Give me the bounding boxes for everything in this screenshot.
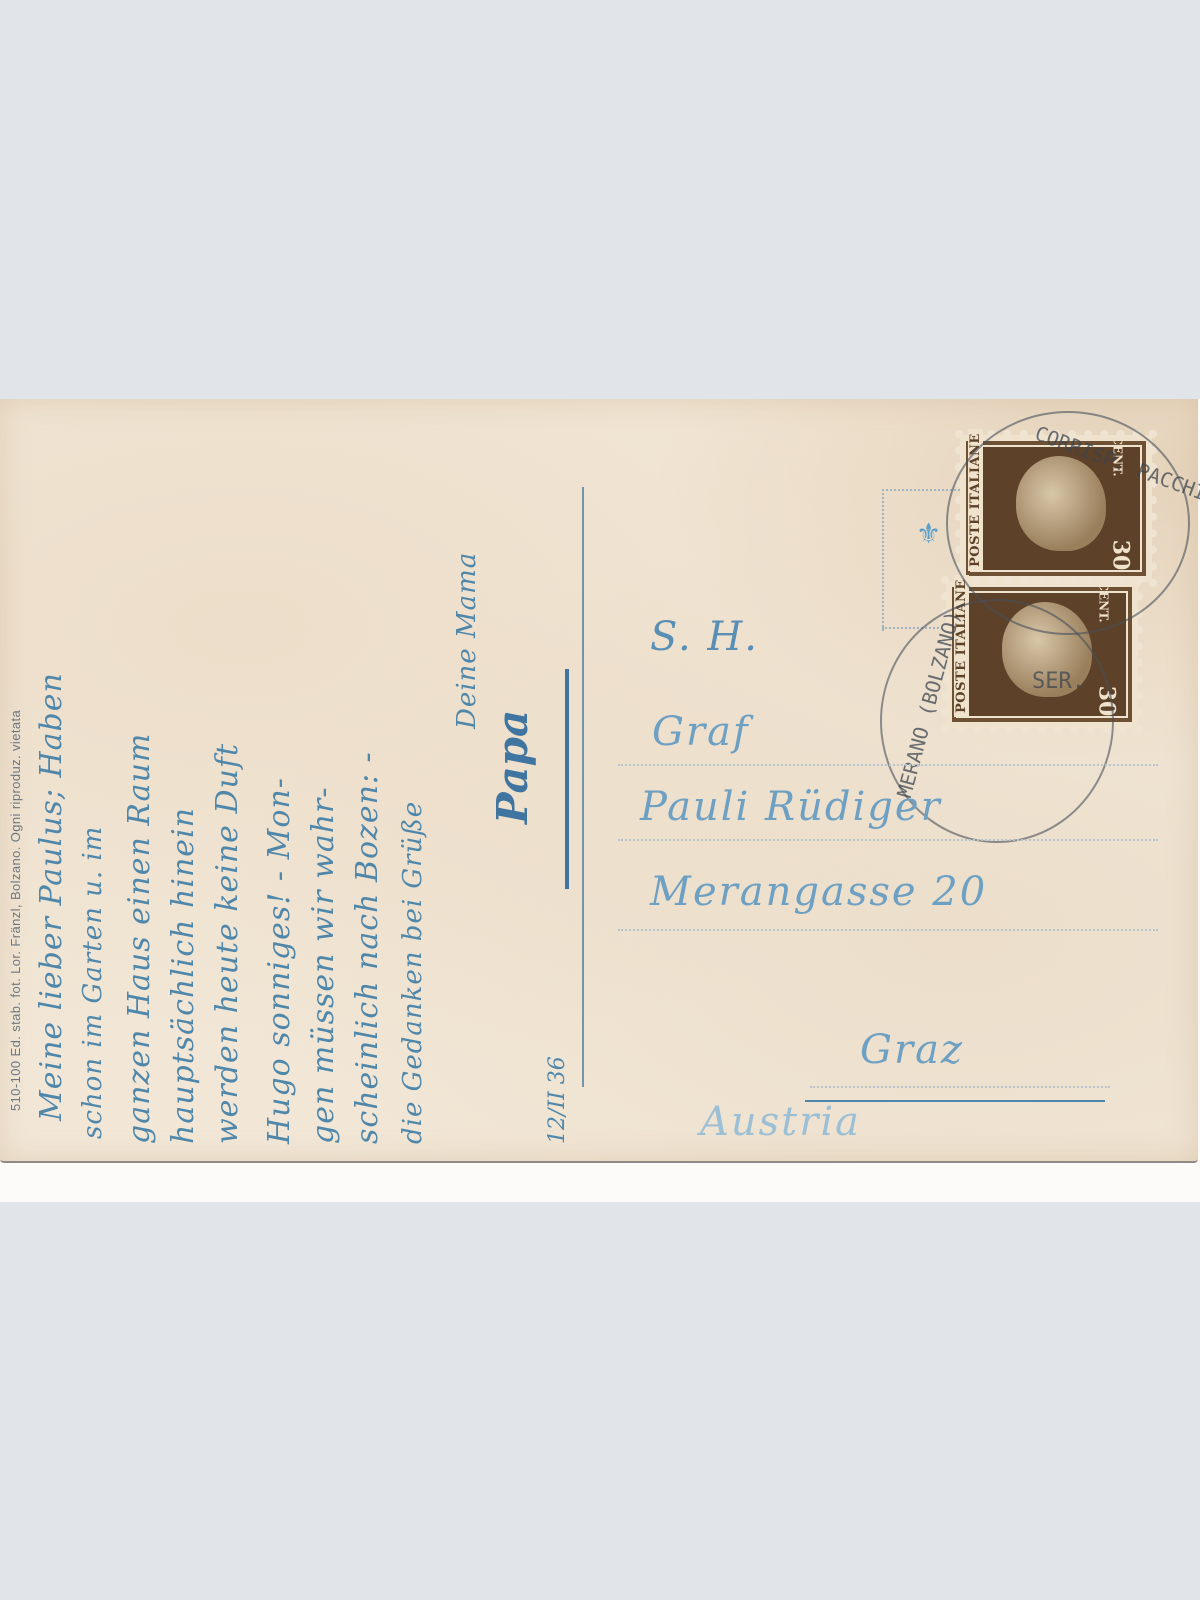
address-country: Austria — [700, 1099, 861, 1145]
address-name: Pauli Rüdiger — [640, 784, 942, 830]
publisher-logo-icon: ⚜ — [916, 517, 941, 550]
signature-underline — [565, 669, 569, 889]
message-line: werden heute keine Duft — [210, 743, 245, 1144]
message-line: ganzen Haus einen Raum — [122, 733, 157, 1144]
address-street: Merangasse 20 — [650, 869, 987, 915]
address-city: Graz — [860, 1027, 964, 1073]
signature: Papa — [488, 710, 537, 824]
postmark-date-text: SER. — [1032, 669, 1085, 694]
address-line — [618, 929, 1158, 931]
message-line: scheinlich nach Bozen: - — [350, 751, 385, 1144]
message-line: hauptsächlich hinein — [166, 807, 201, 1144]
address-title: Graf — [652, 709, 750, 755]
address-line — [810, 1086, 1110, 1088]
message-line: Meine lieber Paulus; Haben — [34, 672, 69, 1121]
message-line: Hugo sonniges! - Mon- — [262, 777, 297, 1144]
message-line: gen müssen wir wahr- — [306, 787, 341, 1145]
publisher-imprint: 510-100 Ed. stab. fot. Lor. Fränzl, Bolz… — [8, 710, 23, 1111]
address-salutation: S. H. — [650, 614, 759, 660]
message-line: die Gedanken bei Grüße — [398, 801, 428, 1144]
address-line — [618, 839, 1158, 841]
date: 12/II 36 — [545, 1056, 570, 1144]
divider-line — [582, 487, 584, 1087]
postcard-back: 510-100 Ed. stab. fot. Lor. Fränzl, Bolz… — [0, 399, 1198, 1163]
message-closing: Deine Mama — [452, 552, 482, 729]
message-line: schon im Garten u. im — [78, 826, 108, 1139]
address-line — [618, 764, 1158, 766]
